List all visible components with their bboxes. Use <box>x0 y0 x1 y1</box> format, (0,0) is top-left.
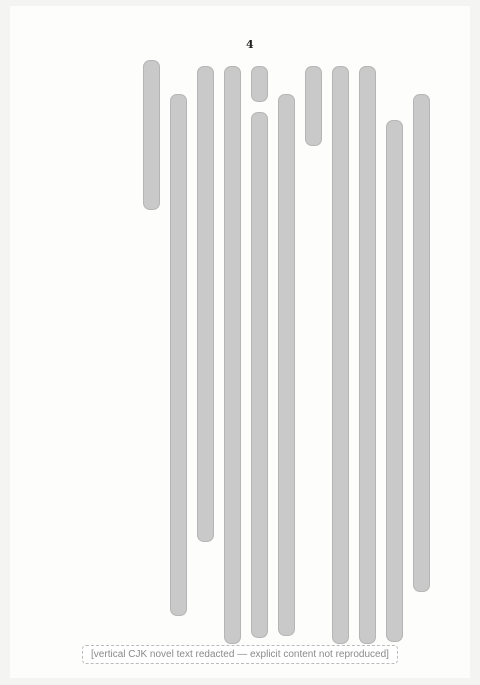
text-column <box>223 58 241 654</box>
redacted-text-run <box>170 94 187 616</box>
text-column <box>412 58 430 602</box>
text-column <box>142 58 160 220</box>
redacted-text-run <box>251 66 268 102</box>
redaction-note: [vertical CJK novel text redacted — expl… <box>82 645 398 664</box>
redacted-text-run <box>251 112 268 638</box>
redacted-text-run <box>143 60 160 210</box>
page-surface: 4 <box>10 6 470 678</box>
text-column <box>358 58 376 654</box>
redacted-text-run <box>386 120 403 642</box>
text-column <box>169 58 187 626</box>
redacted-text-run <box>305 66 322 146</box>
redacted-text-run <box>278 94 295 636</box>
redacted-text-run <box>332 66 349 644</box>
redacted-text-run <box>224 66 241 644</box>
redacted-text-run <box>359 66 376 644</box>
text-column <box>331 58 349 654</box>
page-number: 4 <box>246 38 254 51</box>
text-column <box>385 58 403 652</box>
text-column <box>250 58 268 648</box>
text-column <box>304 58 322 156</box>
redacted-text-run <box>413 94 430 592</box>
vertical-text-columns <box>110 58 430 658</box>
scanned-book-page: 4 <box>0 0 480 685</box>
text-column <box>277 58 295 646</box>
text-column <box>196 58 214 552</box>
redacted-text-run <box>197 66 214 542</box>
